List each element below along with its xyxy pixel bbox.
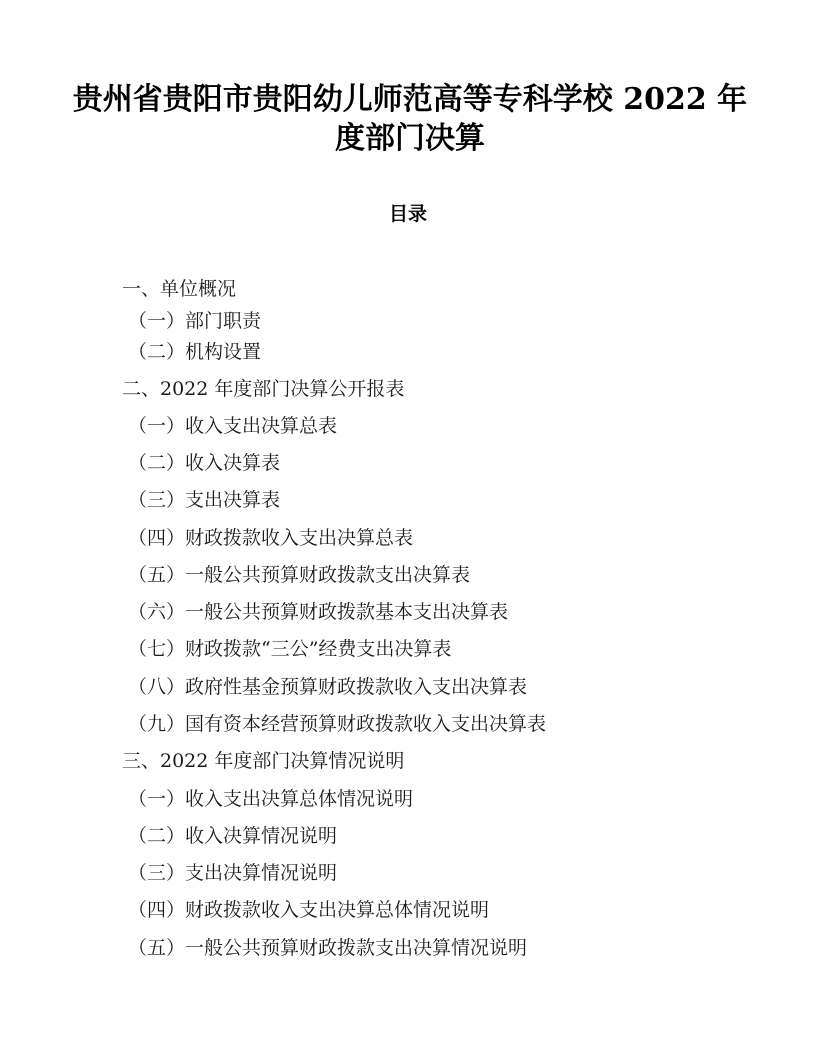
- toc-item: （一）收入支出决算总表: [128, 412, 337, 440]
- toc-item: （九）国有资本经营预算财政拨款收入支出决算表: [128, 710, 546, 738]
- document-title-line-1: 贵州省贵阳市贵阳幼儿师范高等专科学校 2022 年: [60, 80, 760, 120]
- toc-item: （三）支出决算表: [128, 486, 280, 514]
- toc-item-section-1: 一、单位概况: [122, 275, 236, 303]
- toc-item: （六）一般公共预算财政拨款基本支出决算表: [128, 598, 508, 626]
- toc-item: （一）部门职责: [128, 307, 261, 335]
- toc-item: （二）机构设置: [128, 338, 261, 366]
- toc-item: （七）财政拨款“三公”经费支出决算表: [128, 635, 451, 663]
- toc-item: （一）收入支出决算总体情况说明: [128, 785, 413, 813]
- toc-item: （五）一般公共预算财政拨款支出决算情况说明: [128, 934, 527, 962]
- document-title-line-2: 度部门决算: [60, 119, 760, 159]
- toc-item: （三）支出决算情况说明: [128, 859, 337, 887]
- toc-item: （二）收入决算表: [128, 449, 280, 477]
- toc-item: （二）收入决算情况说明: [128, 822, 337, 850]
- toc-item-section-2: 二、2022 年度部门决算公开报表: [122, 375, 404, 403]
- toc-heading: 目录: [0, 200, 816, 228]
- toc-item: （四）财政拨款收入支出决算总体情况说明: [128, 896, 489, 924]
- toc-item: （五）一般公共预算财政拨款支出决算表: [128, 561, 470, 589]
- toc-item: （四）财政拨款收入支出决算总表: [128, 524, 413, 552]
- toc-item: （八）政府性基金预算财政拨款收入支出决算表: [128, 673, 527, 701]
- toc-item-section-3: 三、2022 年度部门决算情况说明: [122, 747, 404, 775]
